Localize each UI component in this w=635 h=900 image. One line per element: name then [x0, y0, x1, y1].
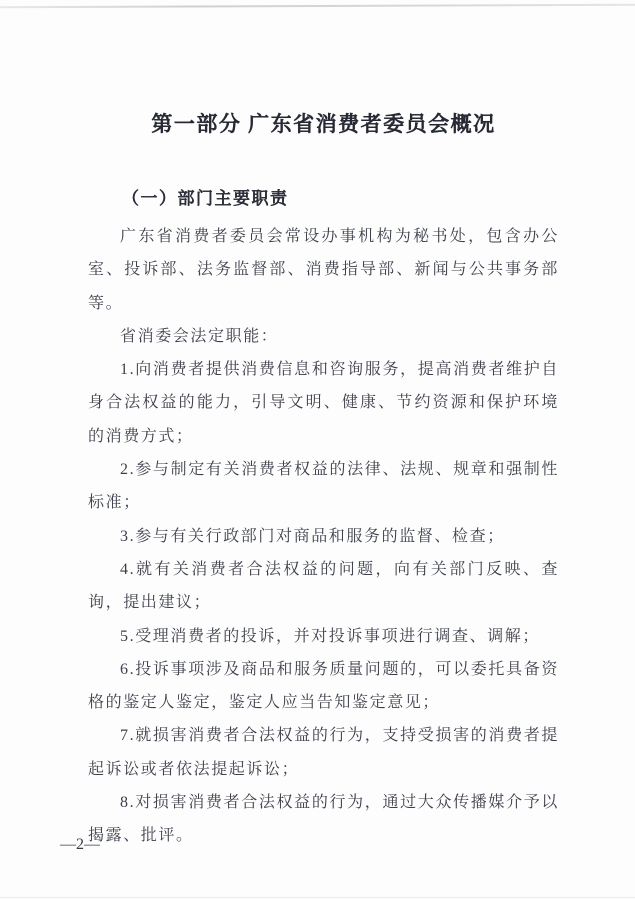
document-page: 第一部分 广东省消费者委员会概况 （一）部门主要职责 广东省消费者委员会常设办事… [0, 0, 635, 900]
paragraph-item-2: 2.参与制定有关消费者权益的法律、法规、规章和强制性标准； [88, 453, 559, 520]
paragraph-lead-in: 省消委会法定职能： [88, 320, 559, 353]
paragraph-item-4: 4.就有关消费者合法权益的问题，向有关部门反映、查询，提出建议； [88, 553, 559, 620]
page-content: 第一部分 广东省消费者委员会概况 （一）部门主要职责 广东省消费者委员会常设办事… [88, 108, 559, 853]
scan-artifact-bottom-line [0, 897, 635, 898]
paragraph-item-8: 8.对损害消费者合法权益的行为，通过大众传播媒介予以揭露、批评。 [88, 786, 559, 853]
paragraph-item-3: 3.参与有关行政部门对商品和服务的监督、检查； [88, 520, 559, 553]
page-title: 第一部分 广东省消费者委员会概况 [88, 108, 559, 138]
section-heading: （一）部门主要职责 [88, 184, 559, 209]
paragraph-item-7: 7.就损害消费者合法权益的行为，支持受损害的消费者提起诉讼或者依法提起诉讼； [88, 719, 559, 786]
paragraph-item-6: 6.投诉事项涉及商品和服务质量问题的，可以委托具备资格的鉴定人鉴定，鉴定人应当告… [88, 653, 559, 720]
paragraph-intro: 广东省消费者委员会常设办事机构为秘书处，包含办公室、投诉部、法务监督部、消费指导… [88, 220, 559, 320]
paragraph-item-1: 1.向消费者提供消费信息和咨询服务，提高消费者维护自身合法权益的能力，引导文明、… [88, 353, 559, 453]
scan-artifact-line [0, 4, 635, 8]
paragraph-item-5: 5.受理消费者的投诉，并对投诉事项进行调查、调解； [88, 620, 559, 653]
body-text: 广东省消费者委员会常设办事机构为秘书处，包含办公室、投诉部、法务监督部、消费指导… [88, 220, 559, 853]
page-number: —2— [60, 836, 100, 854]
